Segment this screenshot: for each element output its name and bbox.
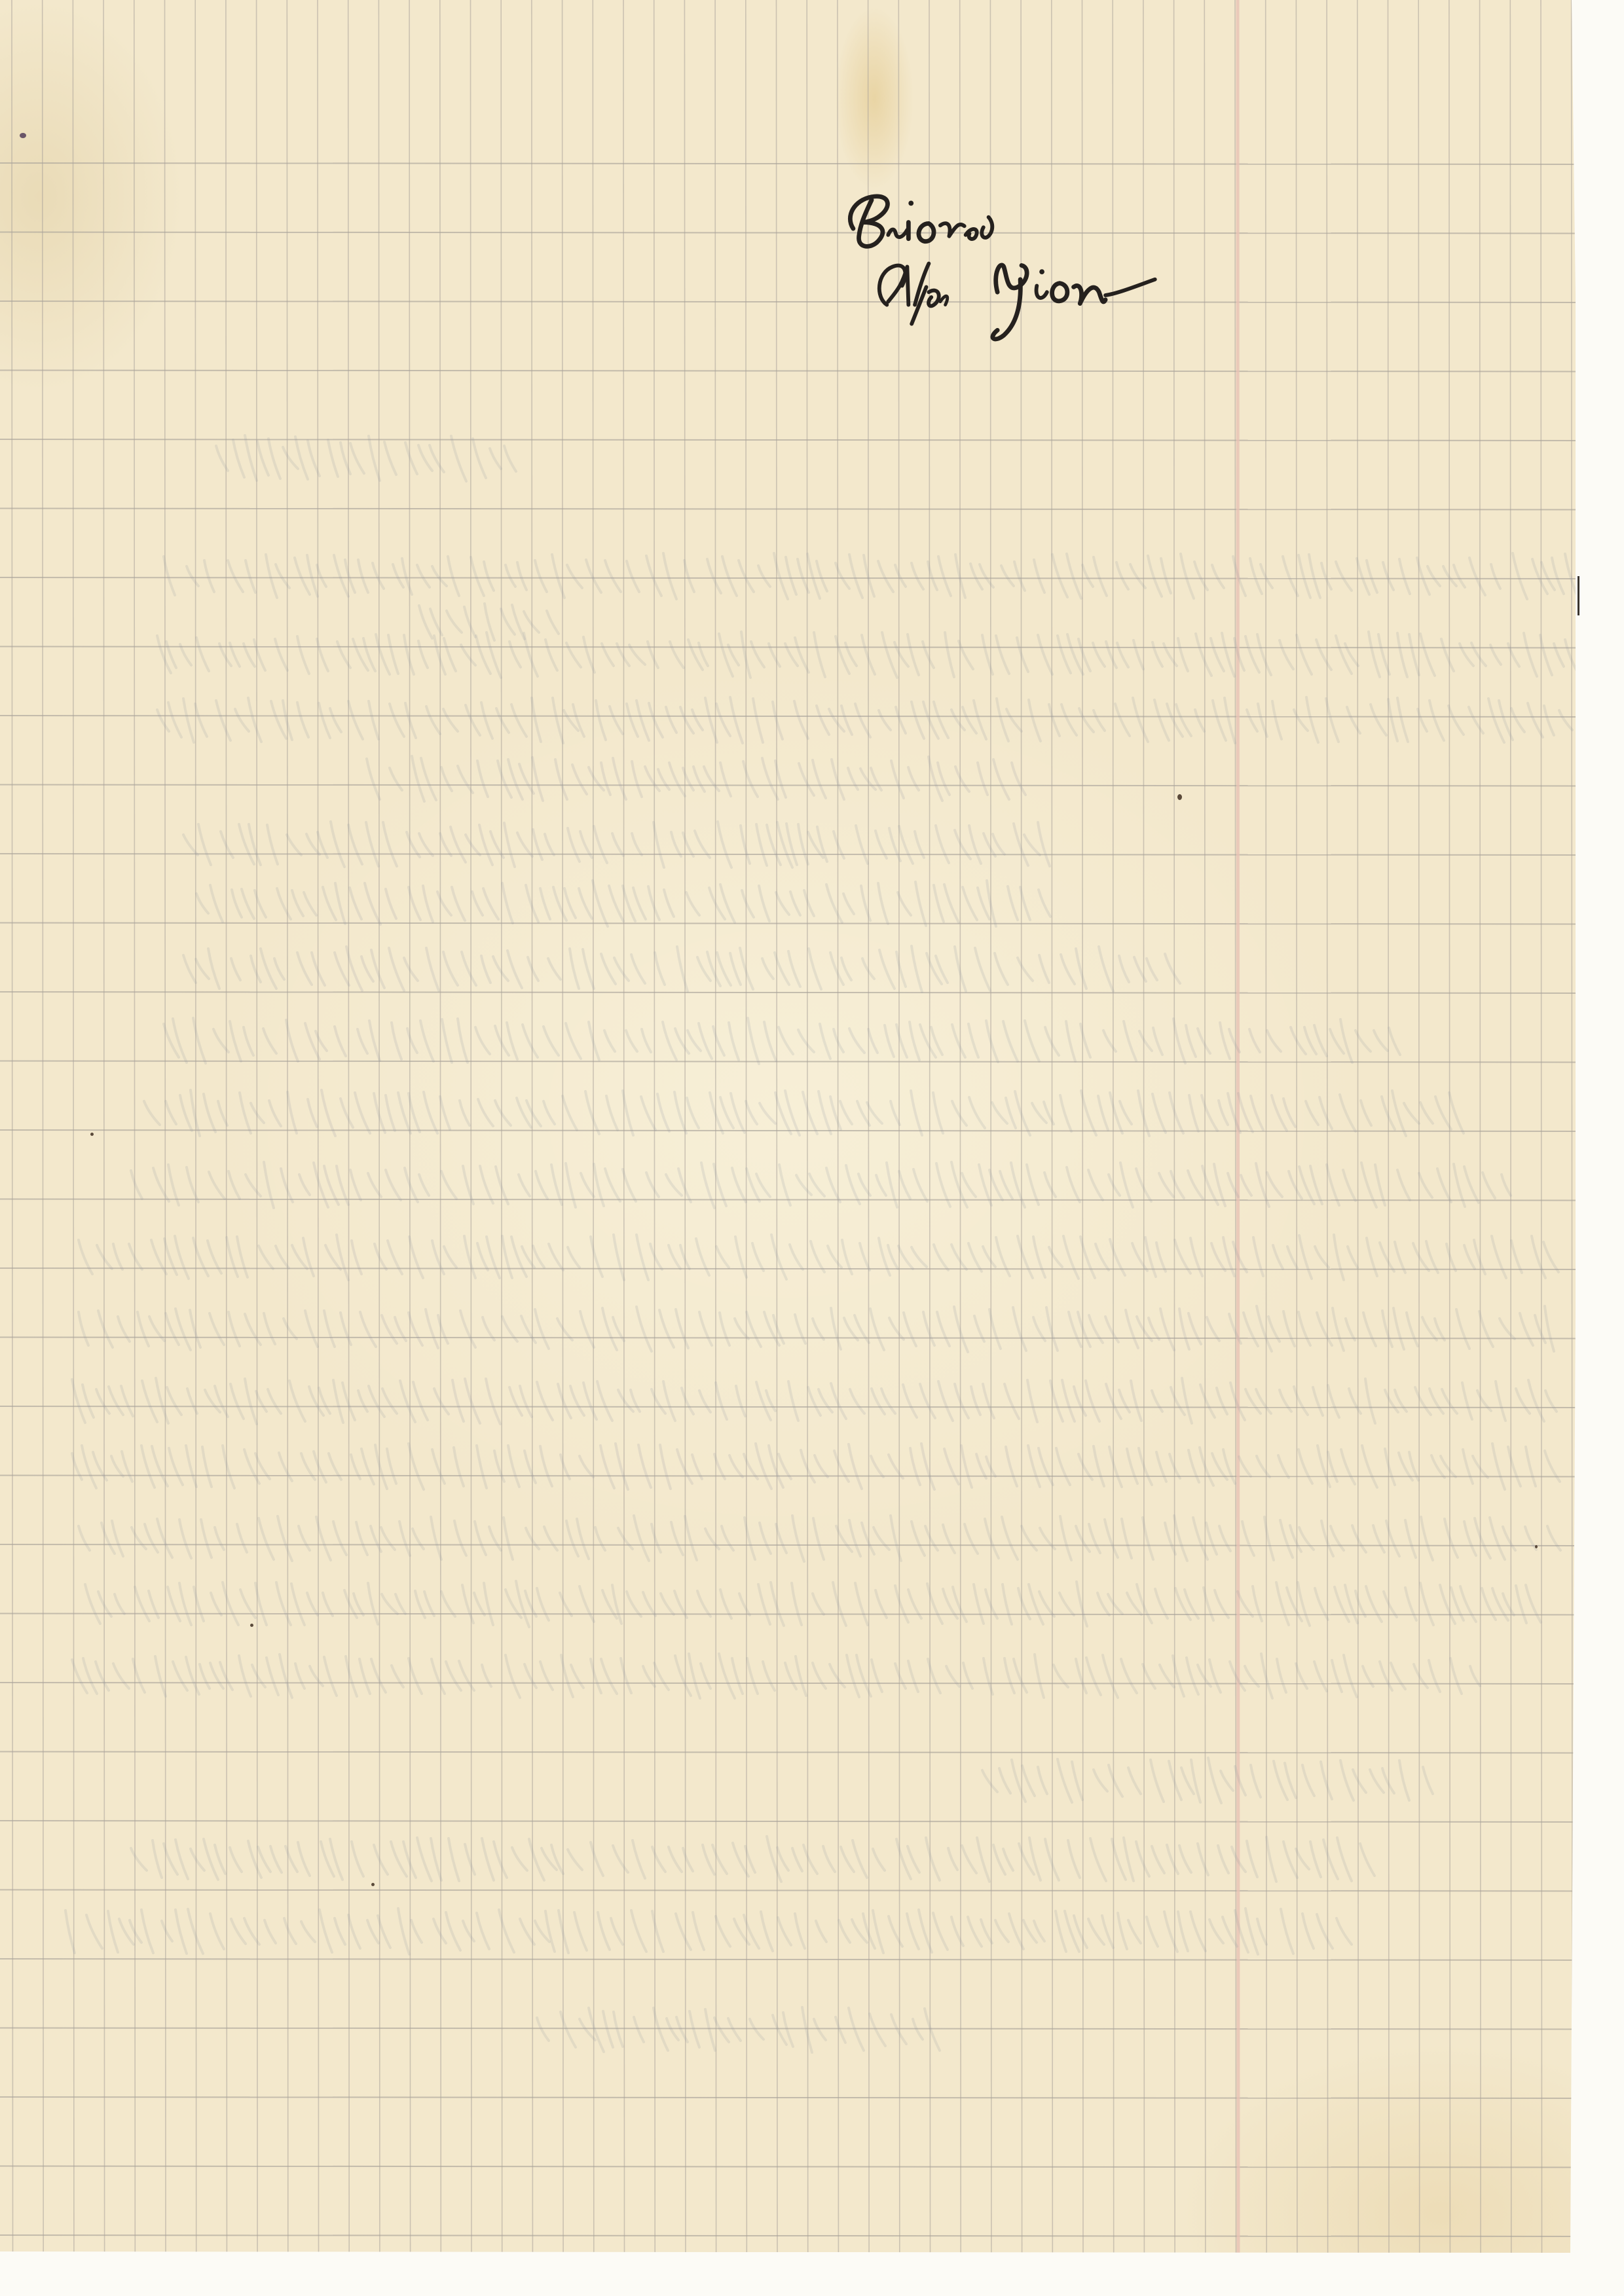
handwriting-line-2: Alpe Gione — [871, 249, 1264, 314]
edge-mark — [1578, 576, 1579, 615]
ink-speck — [371, 1883, 375, 1886]
handwriting-line-1: Ricorso — [871, 183, 1264, 249]
handwritten-annotation — [0, 0, 1576, 2253]
ink-speck — [1535, 1545, 1538, 1548]
paper-sheet: Ricorso Alpe Gione — [0, 0, 1576, 2253]
ink-speck — [1177, 794, 1182, 800]
ink-speck — [90, 1133, 94, 1136]
handwriting-text: Ricorso Alpe Gione — [871, 183, 1264, 347]
ink-speck — [20, 133, 26, 138]
ink-speck — [250, 1624, 253, 1627]
